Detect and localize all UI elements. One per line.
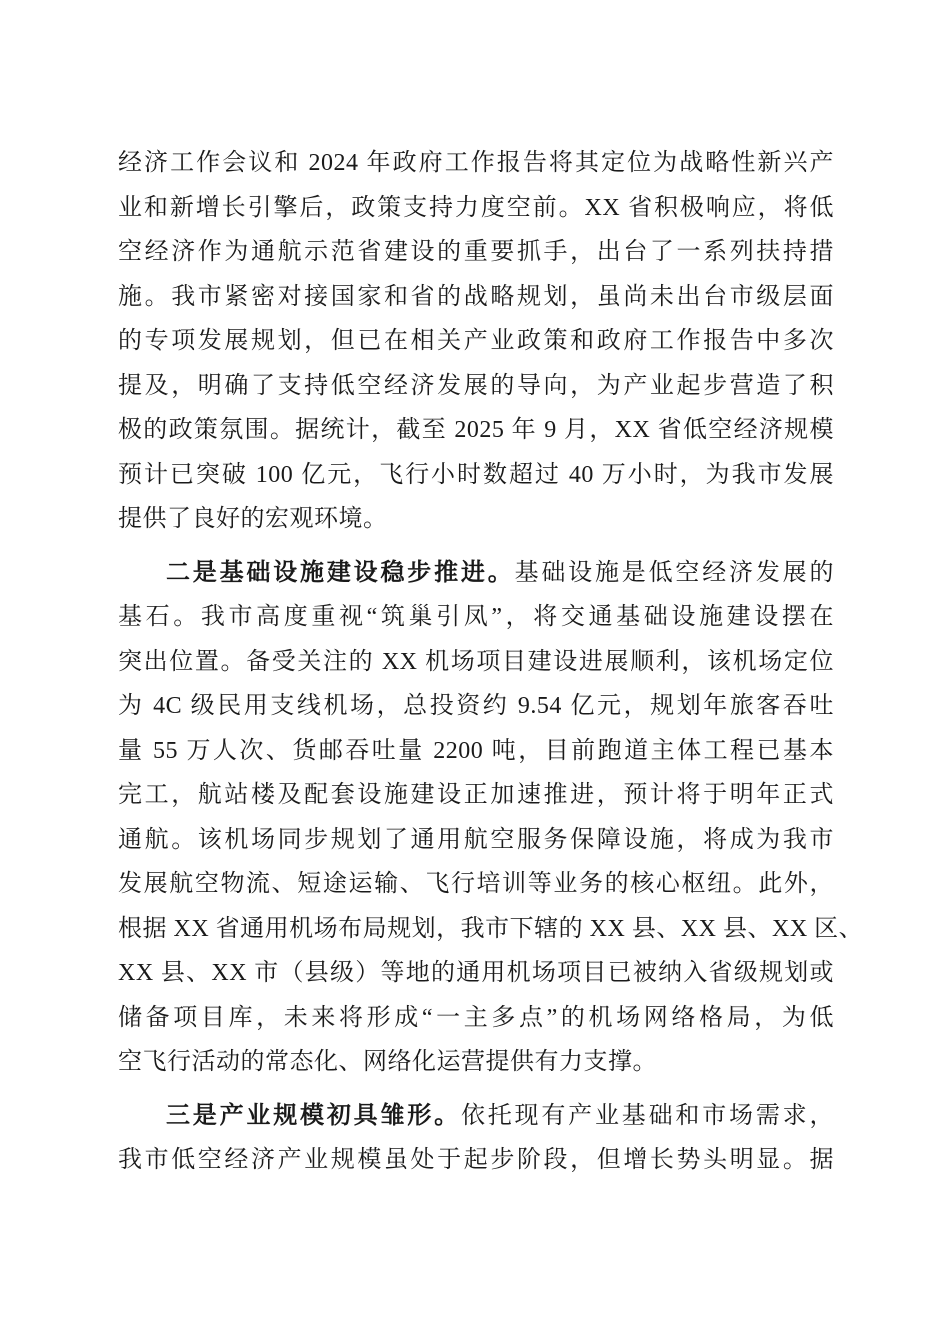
text-line: 根据 XX 省通用机场布局规划，我市下辖的 XX 县、XX 县、XX 区、 [118,907,834,952]
text-line: 空飞行活动的常态化、网络化运营提供有力支撑。 [118,1040,834,1085]
paragraph-lead: 二是基础设施建设稳步推进。 [166,560,515,586]
text-line: 储备项目库，未来将形成“一主多点”的机场网络格局，为低 [118,996,834,1041]
text-line: 通航。该机场同步规划了通用航空服务保障设施，将成为我市 [118,818,834,863]
text-line: 空经济作为通航示范省建设的重要抓手，出台了一系列扶持措 [118,230,834,275]
paragraph-2: 二是基础设施建设稳步推进。基础设施是低空经济发展的基石。我市高度重视“筑巢引凤”… [118,551,834,1085]
paragraph-3: 三是产业规模初具雏形。依托现有产业基础和市场需求，我市低空经济产业规模虽处于起步… [118,1094,834,1183]
text-line: 的专项发展规划，但已在相关产业政策和政府工作报告中多次 [118,319,834,364]
text-line: 突出位置。备受关注的 XX 机场项目建设进展顺利，该机场定位 [118,640,834,685]
text-line: 经济工作会议和 2024 年政府工作报告将其定位为战略性新兴产 [118,141,834,186]
text-line: 业和新增长引擎后，政策支持力度空前。XX 省积极响应，将低 [118,186,834,231]
text-line: 我市低空经济产业规模虽处于起步阶段，但增长势头明显。据 [118,1138,834,1183]
text-line: 施。我市紧密对接国家和省的战略规划，虽尚未出台市级层面 [118,275,834,320]
text-line: 极的政策氛围。据统计，截至 2025 年 9 月，XX 省低空经济规模 [118,408,834,453]
text-line: 为 4C 级民用支线机场，总投资约 9.54 亿元，规划年旅客吞吐 [118,684,834,729]
text-line: 二是基础设施建设稳步推进。基础设施是低空经济发展的 [118,551,834,596]
text-line: XX 县、XX 市（县级）等地的通用机场项目已被纳入省级规划或 [118,951,834,996]
paragraph-1: 经济工作会议和 2024 年政府工作报告将其定位为战略性新兴产业和新增长引擎后，… [118,141,834,542]
page-body: 经济工作会议和 2024 年政府工作报告将其定位为战略性新兴产业和新增长引擎后，… [118,141,834,1183]
text-line: 提供了良好的宏观环境。 [118,497,834,542]
paragraph-lead: 三是产业规模初具雏形。 [166,1103,461,1129]
text-line: 预计已突破 100 亿元，飞行小时数超过 40 万小时，为我市发展 [118,453,834,498]
text-line: 提及，明确了支持低空经济发展的导向，为产业起步营造了积 [118,364,834,409]
text-line: 发展航空物流、短途运输、飞行培训等业务的核心枢纽。此外， [118,862,834,907]
text-line: 完工，航站楼及配套设施建设正加速推进，预计将于明年正式 [118,773,834,818]
text-line: 量 55 万人次、货邮吞吐量 2200 吨，目前跑道主体工程已基本 [118,729,834,774]
text-line: 基石。我市高度重视“筑巢引凤”，将交通基础设施建设摆在 [118,595,834,640]
text-line: 三是产业规模初具雏形。依托现有产业基础和市场需求， [118,1094,834,1139]
document-page: 经济工作会议和 2024 年政府工作报告将其定位为战略性新兴产业和新增长引擎后，… [0,0,950,1344]
